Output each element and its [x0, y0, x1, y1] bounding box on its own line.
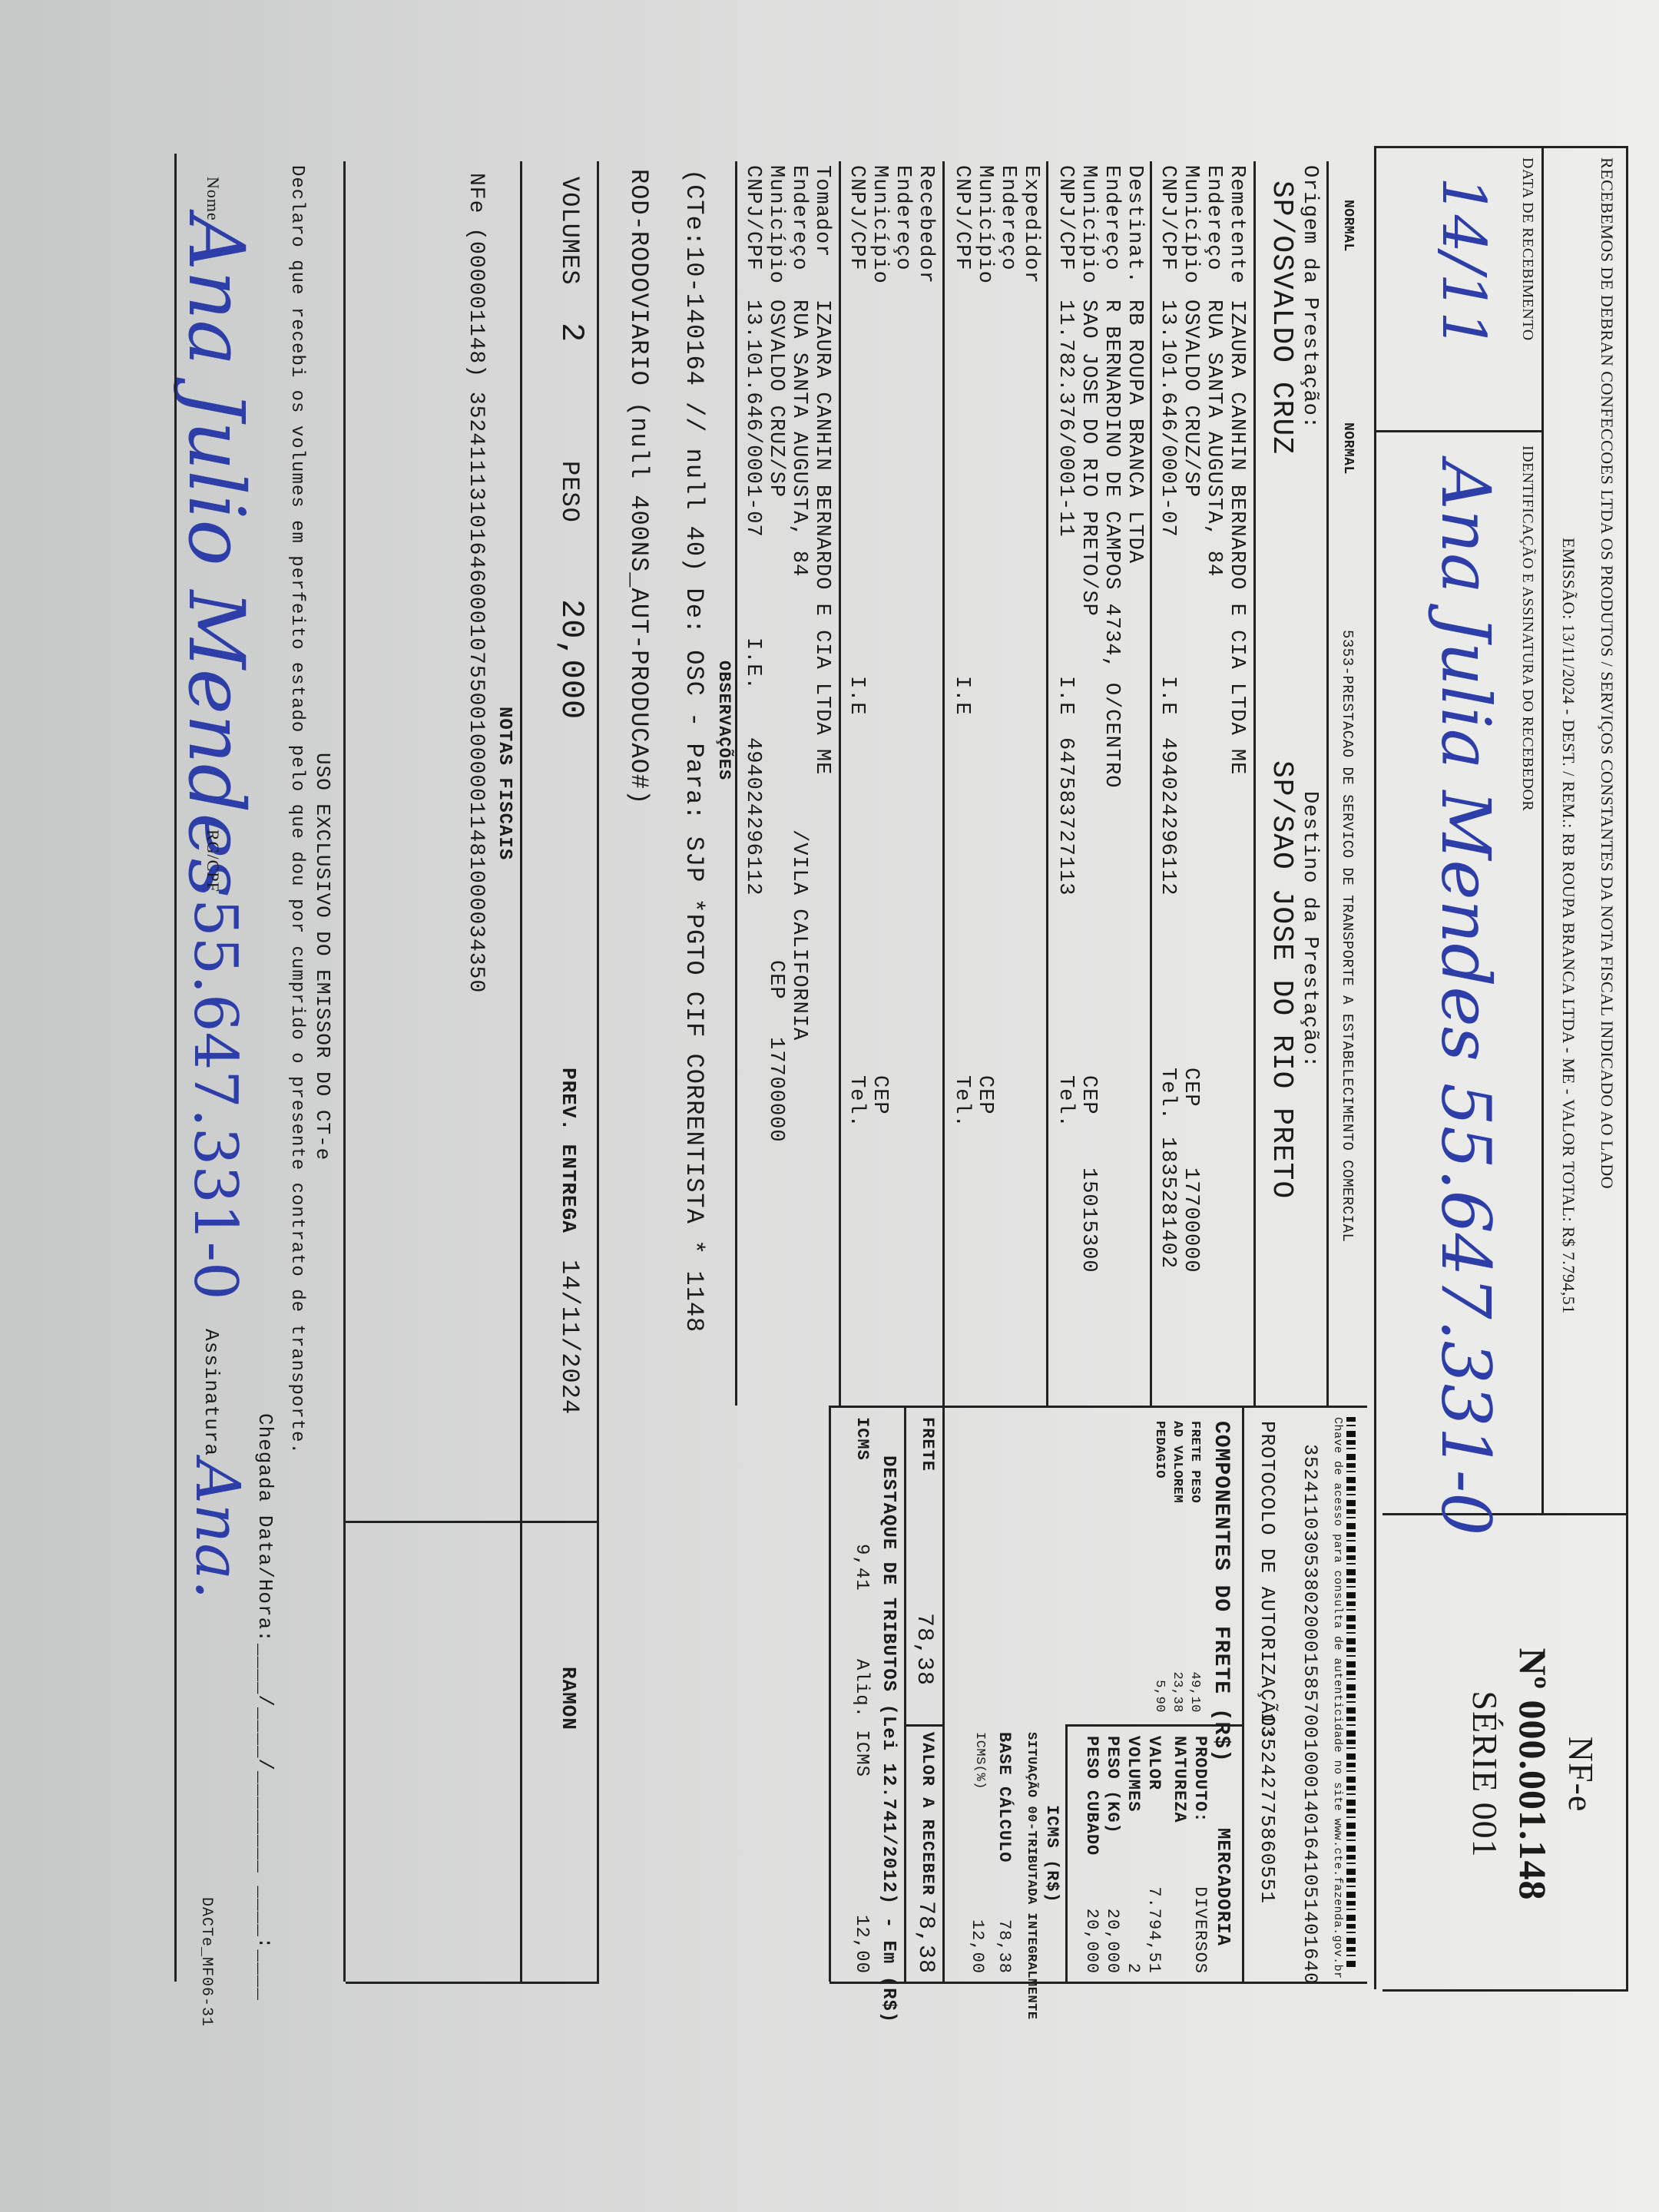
arrival-label: Chegada Data/Hora: — [253, 1413, 276, 1643]
freight-component-label: AD VALOREM — [1170, 1421, 1184, 1503]
nfe-number: Nº 000.001.148 — [1511, 1582, 1555, 1966]
receiver-city-label: Município — [868, 165, 891, 284]
freight-component-value: 23,38 — [1170, 1651, 1184, 1713]
freight-total-label: FRETE — [918, 1417, 937, 1472]
payer-cnpj-label: CNPJ/CPF — [741, 165, 764, 271]
doc-type-1: NORMAL — [1340, 200, 1356, 252]
amount-due-value: 78,38 — [912, 1874, 939, 1974]
access-key-label: Chave de acesso para consulta de autenti… — [1331, 1417, 1344, 1979]
protocol-number: 135242775860551 — [1256, 1713, 1279, 1904]
payer-city: OSVALDO CRUZ/SP — [764, 300, 787, 498]
receiver-label: Recebedor — [914, 165, 937, 284]
payer-ie: 494024296112 — [741, 737, 764, 896]
sender-tel: 1835281402 — [1156, 1137, 1179, 1269]
payer-ie-label: I.E. — [741, 637, 764, 690]
payer-cep: 17700000 — [764, 1037, 787, 1143]
nfe-title: NF-e — [1561, 1636, 1601, 1912]
payer-city-label: Município — [764, 165, 787, 284]
freight-component-label: PEDAGIO — [1152, 1421, 1167, 1479]
recipient-ie-label: I.E — [1054, 676, 1077, 716]
payer-address: RUA SANTA AUGUSTA, 84 — [787, 300, 810, 577]
name-field[interactable]: Ana Julio Mendes — [171, 215, 261, 898]
receiver-cep-label: CEP — [868, 1075, 891, 1115]
cfop-description: 5353-PRESTACAO DE SERVICO DE TRANSPORTE … — [1339, 630, 1356, 1242]
tax-rate-label: Aliq. ICMS — [851, 1659, 872, 1777]
receiver-address-label: Endereço — [891, 165, 914, 271]
freight-component-label: FRETE PESO — [1187, 1421, 1202, 1503]
emission-summary: EMISSÃO: 13/11/2024 - DEST. / REM.: RB R… — [1558, 538, 1578, 1314]
sender-tel-label: Tel. — [1156, 1068, 1179, 1121]
shipper-city-label: Município — [973, 165, 996, 284]
merch-label: VALOR — [1144, 1736, 1164, 1790]
destination-label: Destino da Prestação: — [1298, 791, 1321, 1068]
receiver-id-value[interactable]: Ana Julia Mendes 55.647.331-0 — [1426, 461, 1505, 1535]
merchandise-title: MERCADORIA — [1212, 1828, 1233, 1946]
sender-address-label: Endereço — [1202, 165, 1225, 271]
id-doc-label: RG/CPF — [203, 829, 223, 892]
recipient-name: RB ROUPA BRANCA LTDA — [1123, 300, 1146, 564]
shipper-ie-label: I.E — [950, 676, 973, 716]
amount-due-label: VALOR A RECEBER — [918, 1732, 937, 1896]
observations-line-2: ROD-RODOVIARIO (null 400NS_AUT-PRODUCAO#… — [624, 169, 653, 805]
receiver-tel-label: Tel. — [845, 1075, 868, 1128]
delivery-forecast-value: 14/11/2024 — [555, 1260, 584, 1415]
merch-label: PRODUTO: — [1190, 1736, 1210, 1823]
sender-ie: 494024296112 — [1156, 737, 1179, 896]
sender-city: OSVALDO CRUZ/SP — [1179, 300, 1202, 498]
merch-label: PESO (KG) — [1103, 1736, 1122, 1834]
merch-value: DIVERSOS — [1190, 1843, 1210, 1974]
form-code: DACTe_MF06-31 — [197, 1897, 215, 2027]
recipient-city-label: Município — [1077, 165, 1100, 284]
shipper-tel-label: Tel. — [950, 1075, 973, 1128]
arrival-field[interactable]: ____/____/________ ____:____ — [253, 1644, 276, 2001]
merch-value: 20,000 — [1103, 1843, 1122, 1974]
tax-icms-value: 9,41 — [851, 1544, 872, 1591]
driver-name: RAMON — [557, 1667, 580, 1730]
freight-components-title: COMPONENTES DO FRETE (R$) — [1209, 1421, 1233, 1763]
nfe-series: SÉRIE 001 — [1465, 1582, 1505, 1966]
payer-cnpj: 13.101.646/0001-07 — [741, 300, 764, 538]
icms-rate-value: 12,00 — [968, 1874, 987, 1974]
dacte-document: RECEBEMOS DE DEBRAN CONFECCOES LTDA OS P… — [0, 0, 1659, 2212]
signature-label: Assinatura — [200, 1329, 223, 1456]
shipper-address-label: Endereço — [996, 165, 1019, 271]
origin-value: SP/OSVALDO CRUZ — [1265, 180, 1298, 455]
merch-value: 2 — [1124, 1843, 1143, 1974]
freight-component-value: 49,10 — [1187, 1651, 1202, 1713]
date-received-label: DATA DE RECEBIMENTO — [1518, 157, 1536, 341]
recipient-city: SAO JOSE DO RIO PRETO/SP — [1077, 300, 1100, 617]
recipient-cep: 15015300 — [1077, 1167, 1100, 1273]
tax-icms-label: ICMS — [853, 1417, 872, 1461]
merch-value: 20,000 — [1082, 1843, 1101, 1974]
merch-value: 7.794,51 — [1144, 1843, 1164, 1974]
freight-component-value: 5,90 — [1152, 1651, 1167, 1713]
icms-base-value: 78,38 — [995, 1874, 1014, 1974]
declaration-text: Declaro que recebi os volumes em perfeit… — [286, 165, 307, 1455]
barcode — [1346, 1417, 1356, 1970]
sender-name: IZAURA CANHIN BERNARDO E CIA LTDA ME — [1225, 300, 1248, 775]
weight-label: PESO — [555, 461, 584, 523]
origin-label: Origem da Prestação: — [1298, 165, 1321, 429]
sender-city-label: Município — [1179, 165, 1202, 284]
payer-name: IZAURA CANHIN BERNARDO E CIA LTDA ME — [810, 300, 833, 775]
signature-field[interactable]: Ana. — [182, 1459, 253, 1599]
merch-label: PESO CUBADO — [1082, 1736, 1101, 1856]
delivery-forecast-label: PREV. ENTREGA — [557, 1068, 580, 1233]
merch-label: NATUREZA — [1170, 1736, 1189, 1823]
shipper-cep-label: CEP — [973, 1075, 996, 1115]
payer-address-district: /VILA CALIFORNIA — [787, 829, 810, 1041]
shipper-label: Expedidor — [1019, 165, 1042, 284]
observations-title: OBSERVAÇÕES — [714, 661, 733, 780]
weight-value: 20,000 — [553, 599, 590, 720]
receiver-ie-label: I.E — [845, 676, 868, 716]
sender-cnpj-label: CNPJ/CPF — [1156, 165, 1179, 271]
sender-address: RUA SANTA AUGUSTA, 84 — [1202, 300, 1225, 577]
destination-value: SP/SAO JOSE DO RIO PRETO — [1265, 760, 1298, 1199]
access-key[interactable]: 3524110305380200015857001000140164105140… — [1299, 1444, 1321, 1985]
recipient-address-label: Endereço — [1100, 165, 1123, 271]
merch-label: VOLUMES — [1124, 1736, 1143, 1812]
recipient-cnpj-label: CNPJ/CPF — [1054, 165, 1077, 271]
payer-label: Tomador — [810, 165, 833, 257]
sender-label: Remetente — [1225, 165, 1248, 284]
doc-type-2: NORMAL — [1340, 422, 1356, 475]
protocol-label: PROTOCOLO DE AUTORIZAÇÃO: — [1256, 1421, 1279, 1740]
icms-situation: SITUAÇÃO 00-TRIBUTADA INTEGRALMENTE — [1024, 1732, 1038, 2020]
recipient-address: R BERNARDINO DE CAMPOS 4734, O/CENTRO — [1100, 300, 1123, 789]
freight-total-value: 78,38 — [911, 1613, 937, 1686]
icms-title: ICMS (R$) — [1042, 1805, 1061, 1903]
icms-base-label: BASE CÁLCULO — [995, 1732, 1014, 1863]
recipient-label: Destinat. — [1123, 165, 1146, 284]
sender-cnpj: 13.101.646/0001-07 — [1156, 300, 1179, 538]
payer-address-label: Endereço — [787, 165, 810, 271]
sender-cep-label: CEP — [1179, 1068, 1202, 1108]
issuer-exclusive-label: USO EXCLUSIVO DO EMISSOR DO CT-e — [311, 753, 334, 1161]
sender-ie-label: I.E — [1156, 676, 1179, 716]
receiver-id-label: IDENTIFICAÇÃO E ASSINATURA DO RECEBEDOR — [1518, 445, 1536, 811]
invoice-line[interactable]: NFe (000001148) 352411131016460001075500… — [464, 173, 488, 993]
recipient-cnpj: 11.782.376/0001-11 — [1054, 300, 1077, 538]
receipt-statement: RECEBEMOS DE DEBRAN CONFECCOES LTDA OS P… — [1597, 157, 1617, 1189]
date-received-value[interactable]: 14/11 — [1429, 177, 1498, 349]
tax-rate-value: 12,00 — [851, 1874, 872, 1974]
observations-line-1: (CTe:10-140164 // null 40) De: OSC - Par… — [680, 169, 708, 1333]
shipper-cnpj-label: CNPJ/CPF — [950, 165, 973, 271]
volumes-label: VOLUMES — [555, 177, 584, 285]
tax-highlight-label: DESTAQUE DE TRIBUTOS (Lei 12.741/2012) -… — [878, 1455, 899, 2023]
payer-cep-label: CEP — [764, 960, 787, 1000]
icms-rate-label: ICMS(%) — [972, 1732, 987, 1790]
id-doc-field[interactable]: 55.647.331-0 — [180, 899, 250, 1300]
volumes-value: 2 — [553, 323, 590, 343]
sender-cep: 17700000 — [1179, 1167, 1202, 1273]
receiver-cnpj-label: CNPJ/CPF — [845, 165, 868, 271]
invoices-title: NOTAS FISCAIS — [494, 707, 515, 860]
recipient-cep-label: CEP — [1077, 1075, 1100, 1115]
recipient-ie: 647583727113 — [1054, 737, 1077, 896]
recipient-tel-label: Tel. — [1054, 1075, 1077, 1128]
